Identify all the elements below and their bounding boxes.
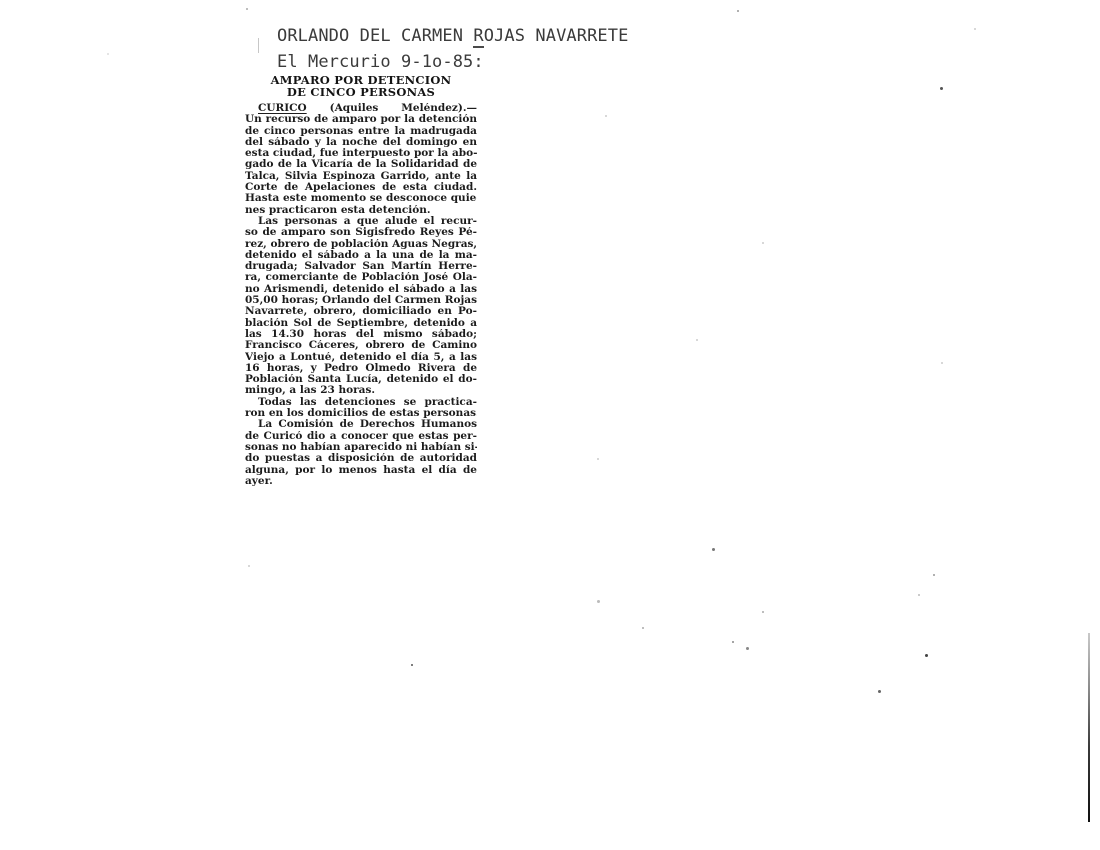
article-line: de Curicó dio a conocer que estas per-: [245, 431, 477, 442]
article-line: Las personas a que alude el recur-: [245, 216, 477, 227]
article-line: Hasta este momento se desconoce quie-: [245, 193, 477, 204]
scan-speck: [737, 10, 739, 12]
scanned-document-page: ORLANDO DEL CARMEN ROJAS NAVARRETE El Me…: [0, 0, 1100, 850]
scan-speck: [605, 115, 607, 117]
article-line: de cinco personas entre la madrugada: [245, 126, 477, 137]
article-line: ra, comerciante de Población José Ola-: [245, 272, 477, 283]
article-line: mingo, a las 23 horas.: [245, 385, 477, 396]
article-line: rez, obrero de población Aguas Negras,: [245, 239, 477, 250]
scan-speck: [941, 362, 943, 364]
article-line: Corte de Apelaciones de esta ciudad.: [245, 182, 477, 193]
article-line: ron en los domicilios de estas personas.: [245, 408, 477, 419]
typed-name-post: OJAS NAVARRETE: [484, 26, 629, 46]
scan-speck: [107, 53, 109, 55]
article-line: no Arismendi, detenido el sábado a las: [245, 284, 477, 295]
scan-mark: [258, 38, 259, 53]
article-body: CURICO (Aquiles Meléndez).—Un recurso de…: [245, 103, 477, 487]
article-line: Todas las detenciones se practica-: [245, 397, 477, 408]
article-line: 05,00 horas; Orlando del Carmen Rojas: [245, 295, 477, 306]
scan-speck: [762, 242, 764, 244]
article-line: sonas no habían aparecido ni habían si-: [245, 442, 477, 453]
scan-speck: [642, 627, 644, 629]
article-line: 16 horas, y Pedro Olmedo Rivera de: [245, 363, 477, 374]
article-line: Un recurso de amparo por la detención: [245, 114, 477, 125]
clipping-headline: AMPARO POR DETENCION DE CINCO PERSONAS: [245, 74, 477, 98]
article-line: Talca, Silvia Espinoza Garrido, ante la: [245, 171, 477, 182]
scan-edge-line: [1088, 633, 1090, 822]
article-line: esta ciudad, fue interpuesto por la abo-: [245, 148, 477, 159]
scan-speck: [940, 87, 943, 90]
typed-source-date: El Mercurio 9-1o-85:: [277, 52, 484, 72]
article-line: Viejo a Lontué, detenido el día 5, a las: [245, 352, 477, 363]
typed-name-underlined-letter: R: [473, 26, 483, 48]
article-line: Francisco Cáceres, obrero de Camino: [245, 340, 477, 351]
typed-name-pre: ORLANDO DEL CARMEN: [277, 26, 473, 46]
scan-speck: [597, 458, 599, 460]
scan-speck: [248, 565, 250, 567]
article-line: gado de la Vicaría de la Solidaridad de: [245, 159, 477, 170]
article-line: Navarrete, obrero, domiciliado en Po-: [245, 306, 477, 317]
article-line: alguna, por lo menos hasta el día de: [245, 465, 477, 476]
underlined-dateline: CURICO: [258, 103, 307, 114]
article-line: Población Santa Lucía, detenido el do-: [245, 374, 477, 385]
scan-speck: [762, 611, 764, 613]
scan-speck: [878, 690, 881, 693]
article-line: La Comisión de Derechos Humanos: [245, 419, 477, 430]
article-line: detenido el sábado a la una de la ma-: [245, 250, 477, 261]
article-line: del sábado y la noche del domingo en: [245, 137, 477, 148]
article-line: blación Sol de Septiembre, detenido a: [245, 318, 477, 329]
typed-name-header: ORLANDO DEL CARMEN ROJAS NAVARRETE: [277, 26, 628, 46]
scan-speck: [411, 664, 413, 666]
scan-speck: [597, 600, 600, 603]
scan-speck: [925, 654, 928, 657]
article-line: drugada; Salvador San Martín Herre-: [245, 261, 477, 272]
article-line: nes practicaron esta detención.: [245, 205, 477, 216]
scan-speck: [918, 594, 920, 596]
scan-speck: [746, 647, 749, 650]
article-line: las 14.30 horas del mismo sábado;: [245, 329, 477, 340]
article-line: CURICO (Aquiles Meléndez).—: [245, 103, 477, 114]
article-line: do puestas a disposición de autoridad: [245, 453, 477, 464]
scan-speck: [696, 339, 698, 341]
headline-line-2: DE CINCO PERSONAS: [245, 86, 477, 98]
scan-speck: [712, 548, 715, 551]
article-line: so de amparo son Sigisfredo Reyes Pé-: [245, 227, 477, 238]
scan-speck: [974, 28, 976, 30]
scan-speck: [246, 8, 248, 10]
article-line: ayer.: [245, 476, 477, 487]
scan-speck: [933, 574, 935, 576]
scan-speck: [732, 641, 734, 643]
